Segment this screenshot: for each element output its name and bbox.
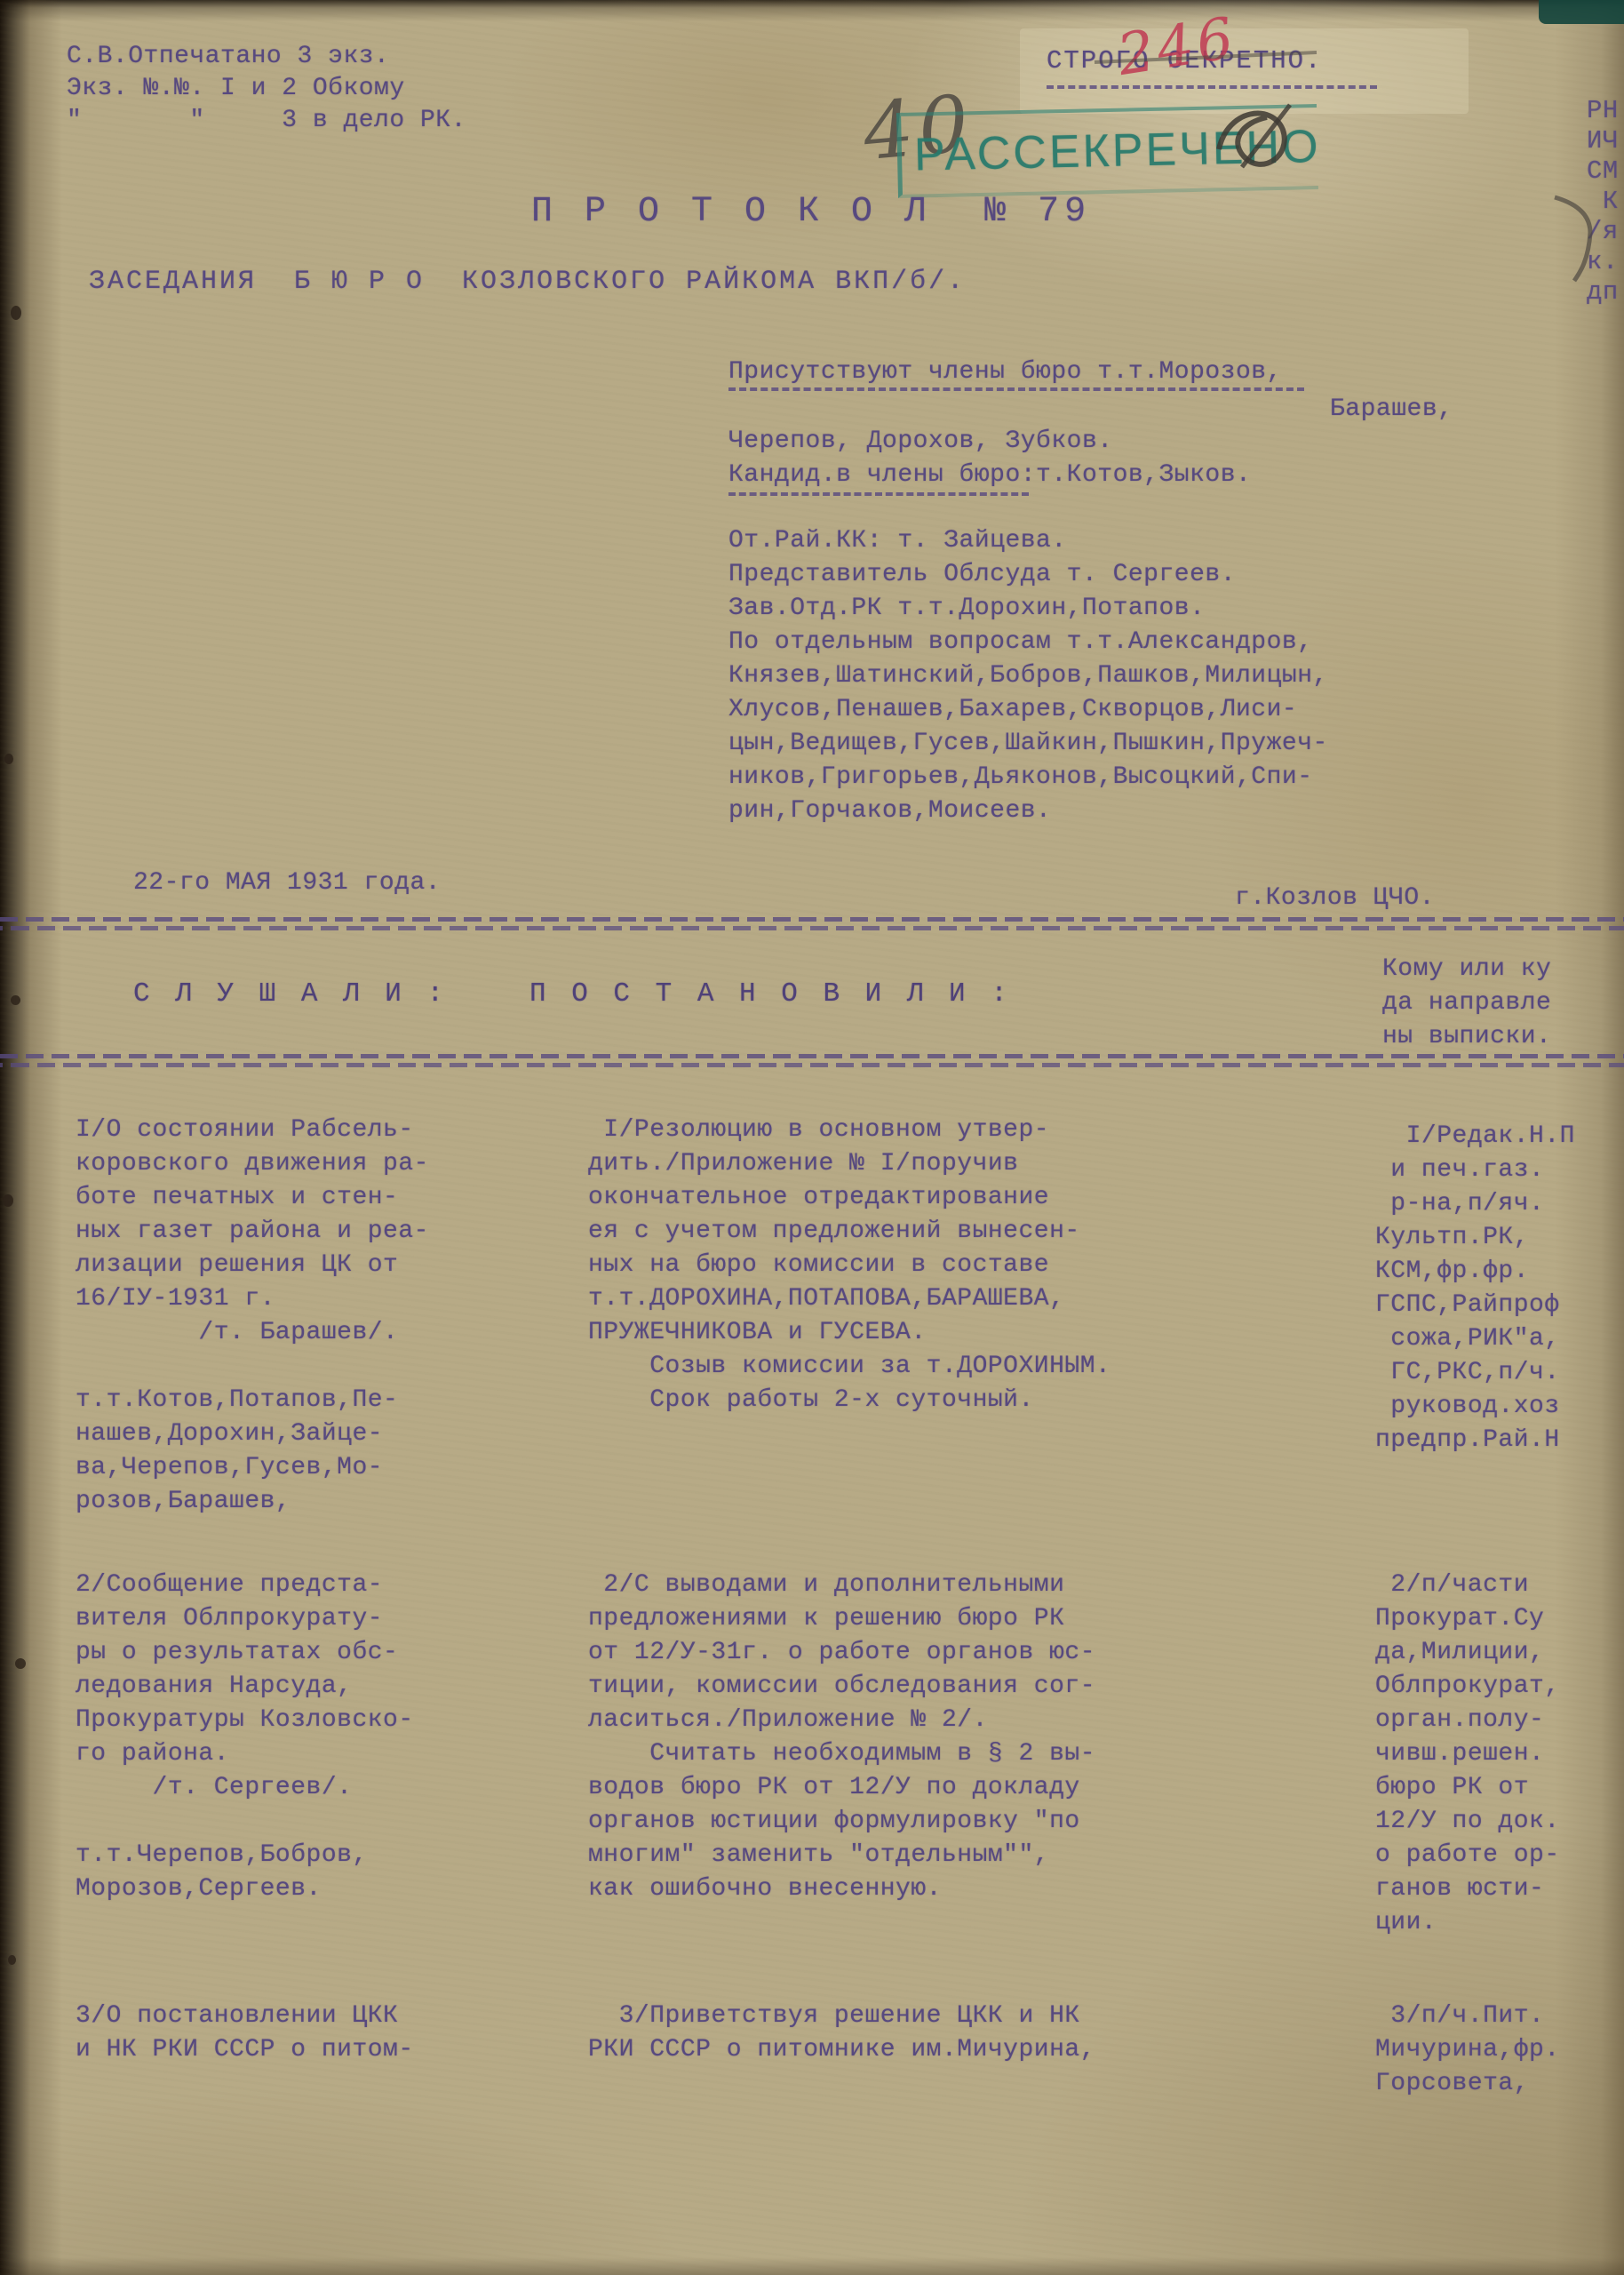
attendees-present-line: Присутствуют члены бюро т.т.Морозов,	[728, 355, 1282, 389]
attendees-members-line: Черепов, Дорохов, Зубков.	[728, 425, 1113, 459]
table-header-resolved: П О С Т А Н О В И Л И :	[529, 978, 1012, 1011]
declassified-stamp: РАССЕКРЕЧЕНО	[896, 104, 1318, 198]
protocol-place: г.Козлов ЦЧО.	[1235, 882, 1435, 915]
classification-underline	[1047, 85, 1377, 89]
paper-speck	[8, 1955, 16, 1965]
attendees-candidates-line: Кандид.в члены бюро:т.Котов,Зыков.	[728, 459, 1251, 492]
row1-routing: I/Редак.Н.П и печ.газ. р-на,п/яч. Культп…	[1375, 1120, 1575, 1457]
row1-listened: I/О состоянии Рабсель- коровского движен…	[76, 1114, 429, 1519]
margin-text-fragments: РН ИЧ СМ К /я к. дп	[1587, 96, 1619, 307]
row2-routing: 2/п/части Прокурат.Су да,Милиции, Облпро…	[1375, 1569, 1560, 1940]
protocol-date: 22-го МАЯ 1931 года.	[133, 866, 441, 900]
paper-speck	[3, 1194, 13, 1207]
row3-resolved: 3/Приветствуя решение ЦКК и НК РКИ СССР …	[588, 2000, 1095, 2067]
scanned-protocol-page: С.В.Отпечатано 3 экз. Экз. №.№. I и 2 Об…	[0, 0, 1624, 2275]
attendees-others: От.Рай.КК: т. Зайцева. Представитель Обл…	[728, 524, 1328, 828]
protocol-title: П Р О Т О К О Л № 79	[531, 196, 1091, 229]
attendees-present-carryover: Барашев,	[1330, 393, 1453, 427]
table-separator-top	[0, 917, 1624, 931]
table-header-listened: С Л У Ш А Л И :	[133, 978, 448, 1011]
row3-routing: 3/п/ч.Пит. Мичурина,фр. Горсовета,	[1375, 2000, 1560, 2101]
table-separator-bottom	[0, 1054, 1624, 1068]
row1-resolved: I/Резолюцию в основном утвер- дить./Прил…	[588, 1114, 1111, 1417]
copies-note: С.В.Отпечатано 3 экз. Экз. №.№. I и 2 Об…	[67, 41, 466, 137]
protocol-subtitle: ЗАСЕДАНИЯ Б Ю Р О КОЗЛОВСКОГО РАЙКОМА ВК…	[89, 265, 966, 299]
row2-resolved: 2/С выводами и дополнительными предложен…	[588, 1569, 1095, 1906]
paper-speck	[4, 754, 13, 764]
corner-binding-patch	[1539, 0, 1624, 24]
declassified-stamp-text: РАССЕКРЕЧЕНО	[901, 120, 1321, 182]
attendees-underline	[728, 387, 1304, 391]
paper-speck	[15, 1658, 26, 1669]
attendees-underline-2	[728, 492, 1029, 496]
row2-listened: 2/Сообщение предста- вителя Облпрокурату…	[76, 1569, 414, 1906]
paper-speck	[11, 306, 21, 320]
paper-speck	[11, 995, 20, 1005]
table-header-routing: Кому или ку да направле ны выписки.	[1382, 953, 1551, 1054]
row3-listened: 3/О постановлении ЦКК и НК РКИ СССР о пи…	[76, 2000, 414, 2067]
